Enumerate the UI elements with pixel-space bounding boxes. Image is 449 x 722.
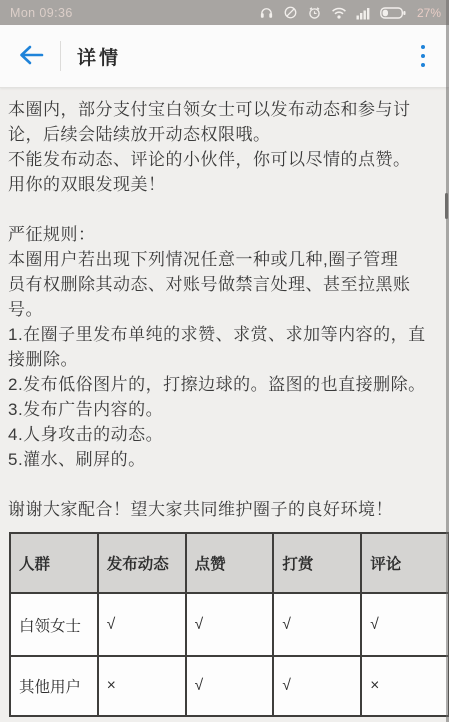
table-header-cell: 评论 bbox=[361, 533, 449, 593]
text-line bbox=[8, 197, 435, 222]
overflow-menu-button[interactable] bbox=[413, 39, 433, 73]
rules-text: 本圈内，部分支付宝白领女士可以发布动态和参与讨论，后续会陆续放开动态权限哦。不能… bbox=[8, 97, 435, 522]
table-row: 其他用户×√√× bbox=[10, 656, 449, 716]
text-line: 谢谢大家配合！望大家共同维护圈子的良好环境！ bbox=[8, 497, 435, 522]
text-line: 4.人身攻击的动态。 bbox=[8, 422, 435, 447]
signal-icon bbox=[356, 6, 371, 20]
permission-mark-cell: √ bbox=[273, 656, 361, 716]
phone-screen: Mon 09:36 27% bbox=[0, 0, 449, 722]
permission-mark-cell: √ bbox=[273, 593, 361, 656]
table-header-row: 人群发布动态点赞打赏评论 bbox=[10, 533, 449, 593]
text-line: 5.灌水、刷屏的。 bbox=[8, 447, 435, 472]
text-line: 论，后续会陆续放开动态权限哦。 bbox=[8, 122, 435, 147]
text-line: 2.发布低俗图片的，打擦边球的。盗图的也直接删除。 bbox=[8, 372, 435, 397]
more-options-icon bbox=[421, 45, 425, 67]
text-line: 号。 bbox=[8, 297, 435, 322]
text-line: 本圈内，部分支付宝白领女士可以发布动态和参与讨 bbox=[8, 97, 435, 122]
row-label-cell: 白领女士 bbox=[10, 593, 98, 656]
app-bar-divider bbox=[60, 41, 61, 71]
battery-percent: 27% bbox=[417, 6, 441, 20]
scrollbar-thumb[interactable] bbox=[445, 193, 448, 219]
permissions-table: 人群发布动态点赞打赏评论 白领女士√√√√其他用户×√√× bbox=[9, 532, 449, 717]
status-icons: 27% bbox=[259, 5, 441, 20]
row-label-cell: 其他用户 bbox=[10, 656, 98, 716]
text-line: 3.发布广告内容的。 bbox=[8, 397, 435, 422]
text-line: 员有权删除其动态、对账号做禁言处理、甚至拉黑账 bbox=[8, 272, 435, 297]
alarm-icon bbox=[307, 5, 322, 20]
content-area: 本圈内，部分支付宝白领女士可以发布动态和参与讨论，后续会陆续放开动态权限哦。不能… bbox=[0, 88, 449, 717]
mute-icon bbox=[283, 5, 298, 20]
permission-mark-cell: × bbox=[361, 656, 449, 716]
battery-icon bbox=[380, 6, 406, 20]
text-line: 不能发布动态、评论的小伙伴，你可以尽情的点赞。 bbox=[8, 147, 435, 172]
status-time: Mon 09:36 bbox=[10, 6, 73, 20]
table-header-cell: 点赞 bbox=[186, 533, 274, 593]
table-row: 白领女士√√√√ bbox=[10, 593, 449, 656]
permissions-table-head: 人群发布动态点赞打赏评论 bbox=[10, 533, 449, 593]
table-header-cell: 打赏 bbox=[273, 533, 361, 593]
page-title: 详情 bbox=[77, 43, 121, 70]
headset-icon bbox=[259, 5, 274, 20]
permission-mark-cell: × bbox=[98, 656, 186, 716]
table-header-cell: 发布动态 bbox=[98, 533, 186, 593]
app-bar: 详情 bbox=[0, 25, 449, 88]
text-line: 严征规则： bbox=[8, 222, 435, 247]
permissions-table-body: 白领女士√√√√其他用户×√√× bbox=[10, 593, 449, 716]
back-arrow-icon bbox=[18, 45, 44, 68]
text-line: 接删除。 bbox=[8, 347, 435, 372]
back-button[interactable] bbox=[16, 41, 46, 72]
text-line: 1.在圈子里发布单纯的求赞、求赏、求加等内容的，直 bbox=[8, 322, 435, 347]
text-line bbox=[8, 472, 435, 497]
permission-mark-cell: √ bbox=[186, 593, 274, 656]
status-bar: Mon 09:36 27% bbox=[0, 0, 449, 25]
permission-mark-cell: √ bbox=[98, 593, 186, 656]
wifi-icon bbox=[331, 6, 347, 20]
text-line: 本圈用户若出现下列情况任意一种或几种,圈子管理 bbox=[8, 247, 435, 272]
permission-mark-cell: √ bbox=[361, 593, 449, 656]
text-line: 用你的双眼发现美！ bbox=[8, 172, 435, 197]
permission-mark-cell: √ bbox=[186, 656, 274, 716]
table-header-cell: 人群 bbox=[10, 533, 98, 593]
